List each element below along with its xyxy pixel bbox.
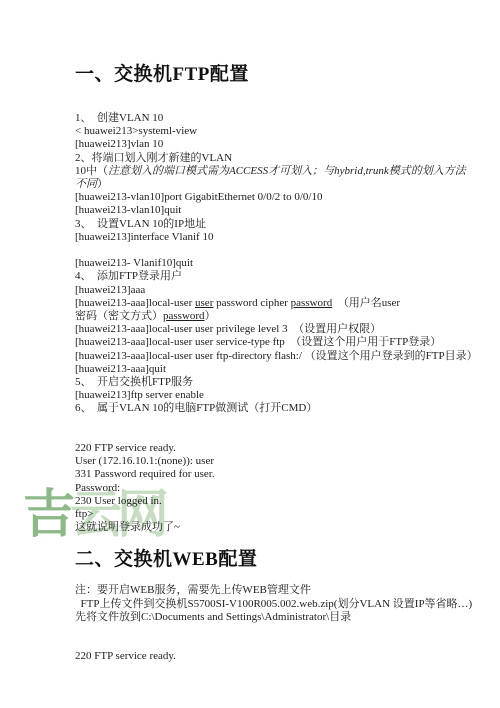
text-line: < huawei213>systeml-view	[75, 125, 474, 138]
section-web-title: 二、交换机WEB配置	[75, 549, 474, 571]
local-user-line: [huawei213-aaa]local-user user password …	[75, 297, 474, 310]
password-note-p2: ）	[205, 310, 216, 322]
text-line: 1、 创建VLAN 10	[75, 112, 474, 125]
document-page: 吉云网 一、交换机FTP配置 1、 创建VLAN 10 < huawei213>…	[0, 0, 500, 708]
text-line: 220 FTP service ready.	[75, 442, 474, 455]
text-line: 3、 设置VLAN 10的IP地址	[75, 218, 474, 231]
blank-line	[75, 637, 474, 650]
text-line: [huawei213-aaa]local-user user privilege…	[75, 323, 474, 336]
password-note-underlined: password	[163, 310, 205, 322]
local-user-underlined-password: password	[291, 297, 333, 309]
text-line: 230 User logged in.	[75, 495, 474, 508]
text-line: 先将文件放到C:\Documents and Settings\Administ…	[75, 611, 474, 624]
text-line: 2、将端口划入刚才新建的VLAN	[75, 152, 474, 165]
text-line: [huawei213-aaa]local-user user service-t…	[75, 336, 474, 349]
text-line: [huawei213-aaa]quit	[75, 363, 474, 376]
text-line: [huawei213- Vlanif10]quit	[75, 257, 474, 270]
blank-line	[75, 624, 474, 637]
local-user-p1: [huawei213-aaa]local-user	[75, 297, 195, 309]
text-line: [huawei213-vlan10]quit	[75, 204, 474, 217]
vlan-note-pre: 10中（	[75, 165, 108, 177]
text-line: [huawei213-aaa]local-user user ftp-direc…	[75, 350, 474, 363]
document-content: 一、交换机FTP配置 1、 创建VLAN 10 < huawei213>syst…	[0, 0, 500, 664]
vlan-note-post: ）	[97, 178, 108, 190]
text-line: 6、 属于VLAN 10的电脑FTP做测试（打开CMD）	[75, 402, 474, 415]
text-line: [huawei213-vlan10]port GigabitEthernet 0…	[75, 191, 474, 204]
text-line: [huawei213]aaa	[75, 284, 474, 297]
text-line: [huawei213]vlan 10	[75, 138, 474, 151]
text-line: 220 FTP service ready.	[75, 650, 474, 663]
text-line: ftp>	[75, 508, 474, 521]
text-line: [huawei213]interface Vlanif 10	[75, 231, 474, 244]
text-line: 注：要开启WEB服务，需要先上传WEB管理文件	[75, 584, 474, 597]
blank-line	[75, 416, 474, 429]
text-line: [huawei213]ftp server enable	[75, 389, 474, 402]
text-line: Password:	[75, 482, 474, 495]
text-line: User (172.16.10.1:(none)): user	[75, 455, 474, 468]
text-line: 331 Password required for user.	[75, 468, 474, 481]
password-note-p1: 密码（密文方式）	[75, 310, 163, 322]
text-line: 这就说明登录成功了~	[75, 521, 474, 534]
blank-line	[75, 429, 474, 442]
blank-line	[75, 244, 474, 257]
text-line: 4、 添加FTP登录用户	[75, 270, 474, 283]
section-ftp-title: 一、交换机FTP配置	[75, 64, 474, 86]
text-line: FTP上传文件到交换机S5700SI-V100R005.002.web.zip(…	[75, 598, 474, 611]
password-note-line: 密码（密文方式）password）	[75, 310, 474, 323]
local-user-p2: password cipher	[213, 297, 290, 309]
local-user-p3: （用户名user	[332, 297, 400, 309]
local-user-underlined-user: user	[195, 297, 213, 309]
text-line: 5、 开启交换机FTP服务	[75, 376, 474, 389]
vlan-note-line: 10中（注意划入的端口模式需为ACCESS才可划入；与hybrid,trunk模…	[75, 165, 474, 191]
vlan-note-italic: 注意划入的端口模式需为ACCESS才可划入；与hybrid,trunk模式的划入…	[75, 165, 466, 190]
